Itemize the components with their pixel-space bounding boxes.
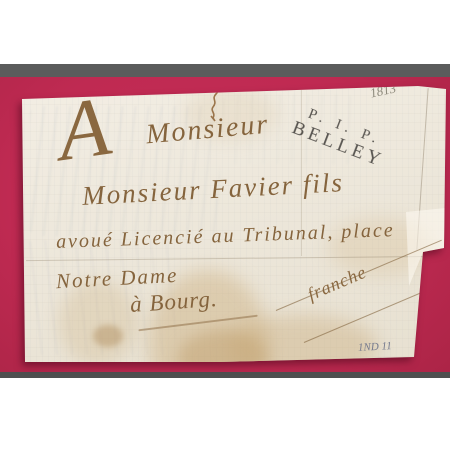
pencil-dealer-code: 1ND 11 <box>358 340 392 354</box>
paper-stain <box>228 315 378 377</box>
letter-shadow-wrap: À Monsieur Monsieur Favier fils avoué Li… <box>0 64 450 378</box>
photo-mat: À Monsieur Monsieur Favier fils avoué Li… <box>0 64 450 378</box>
address-line-place2: à Bourg. <box>129 287 218 316</box>
paper-stain <box>58 280 138 365</box>
paper-stain <box>93 325 123 347</box>
listing-photo: À Monsieur Monsieur Favier fils avoué Li… <box>0 0 450 450</box>
folded-letter: À Monsieur Monsieur Favier fils avoué Li… <box>18 80 448 366</box>
